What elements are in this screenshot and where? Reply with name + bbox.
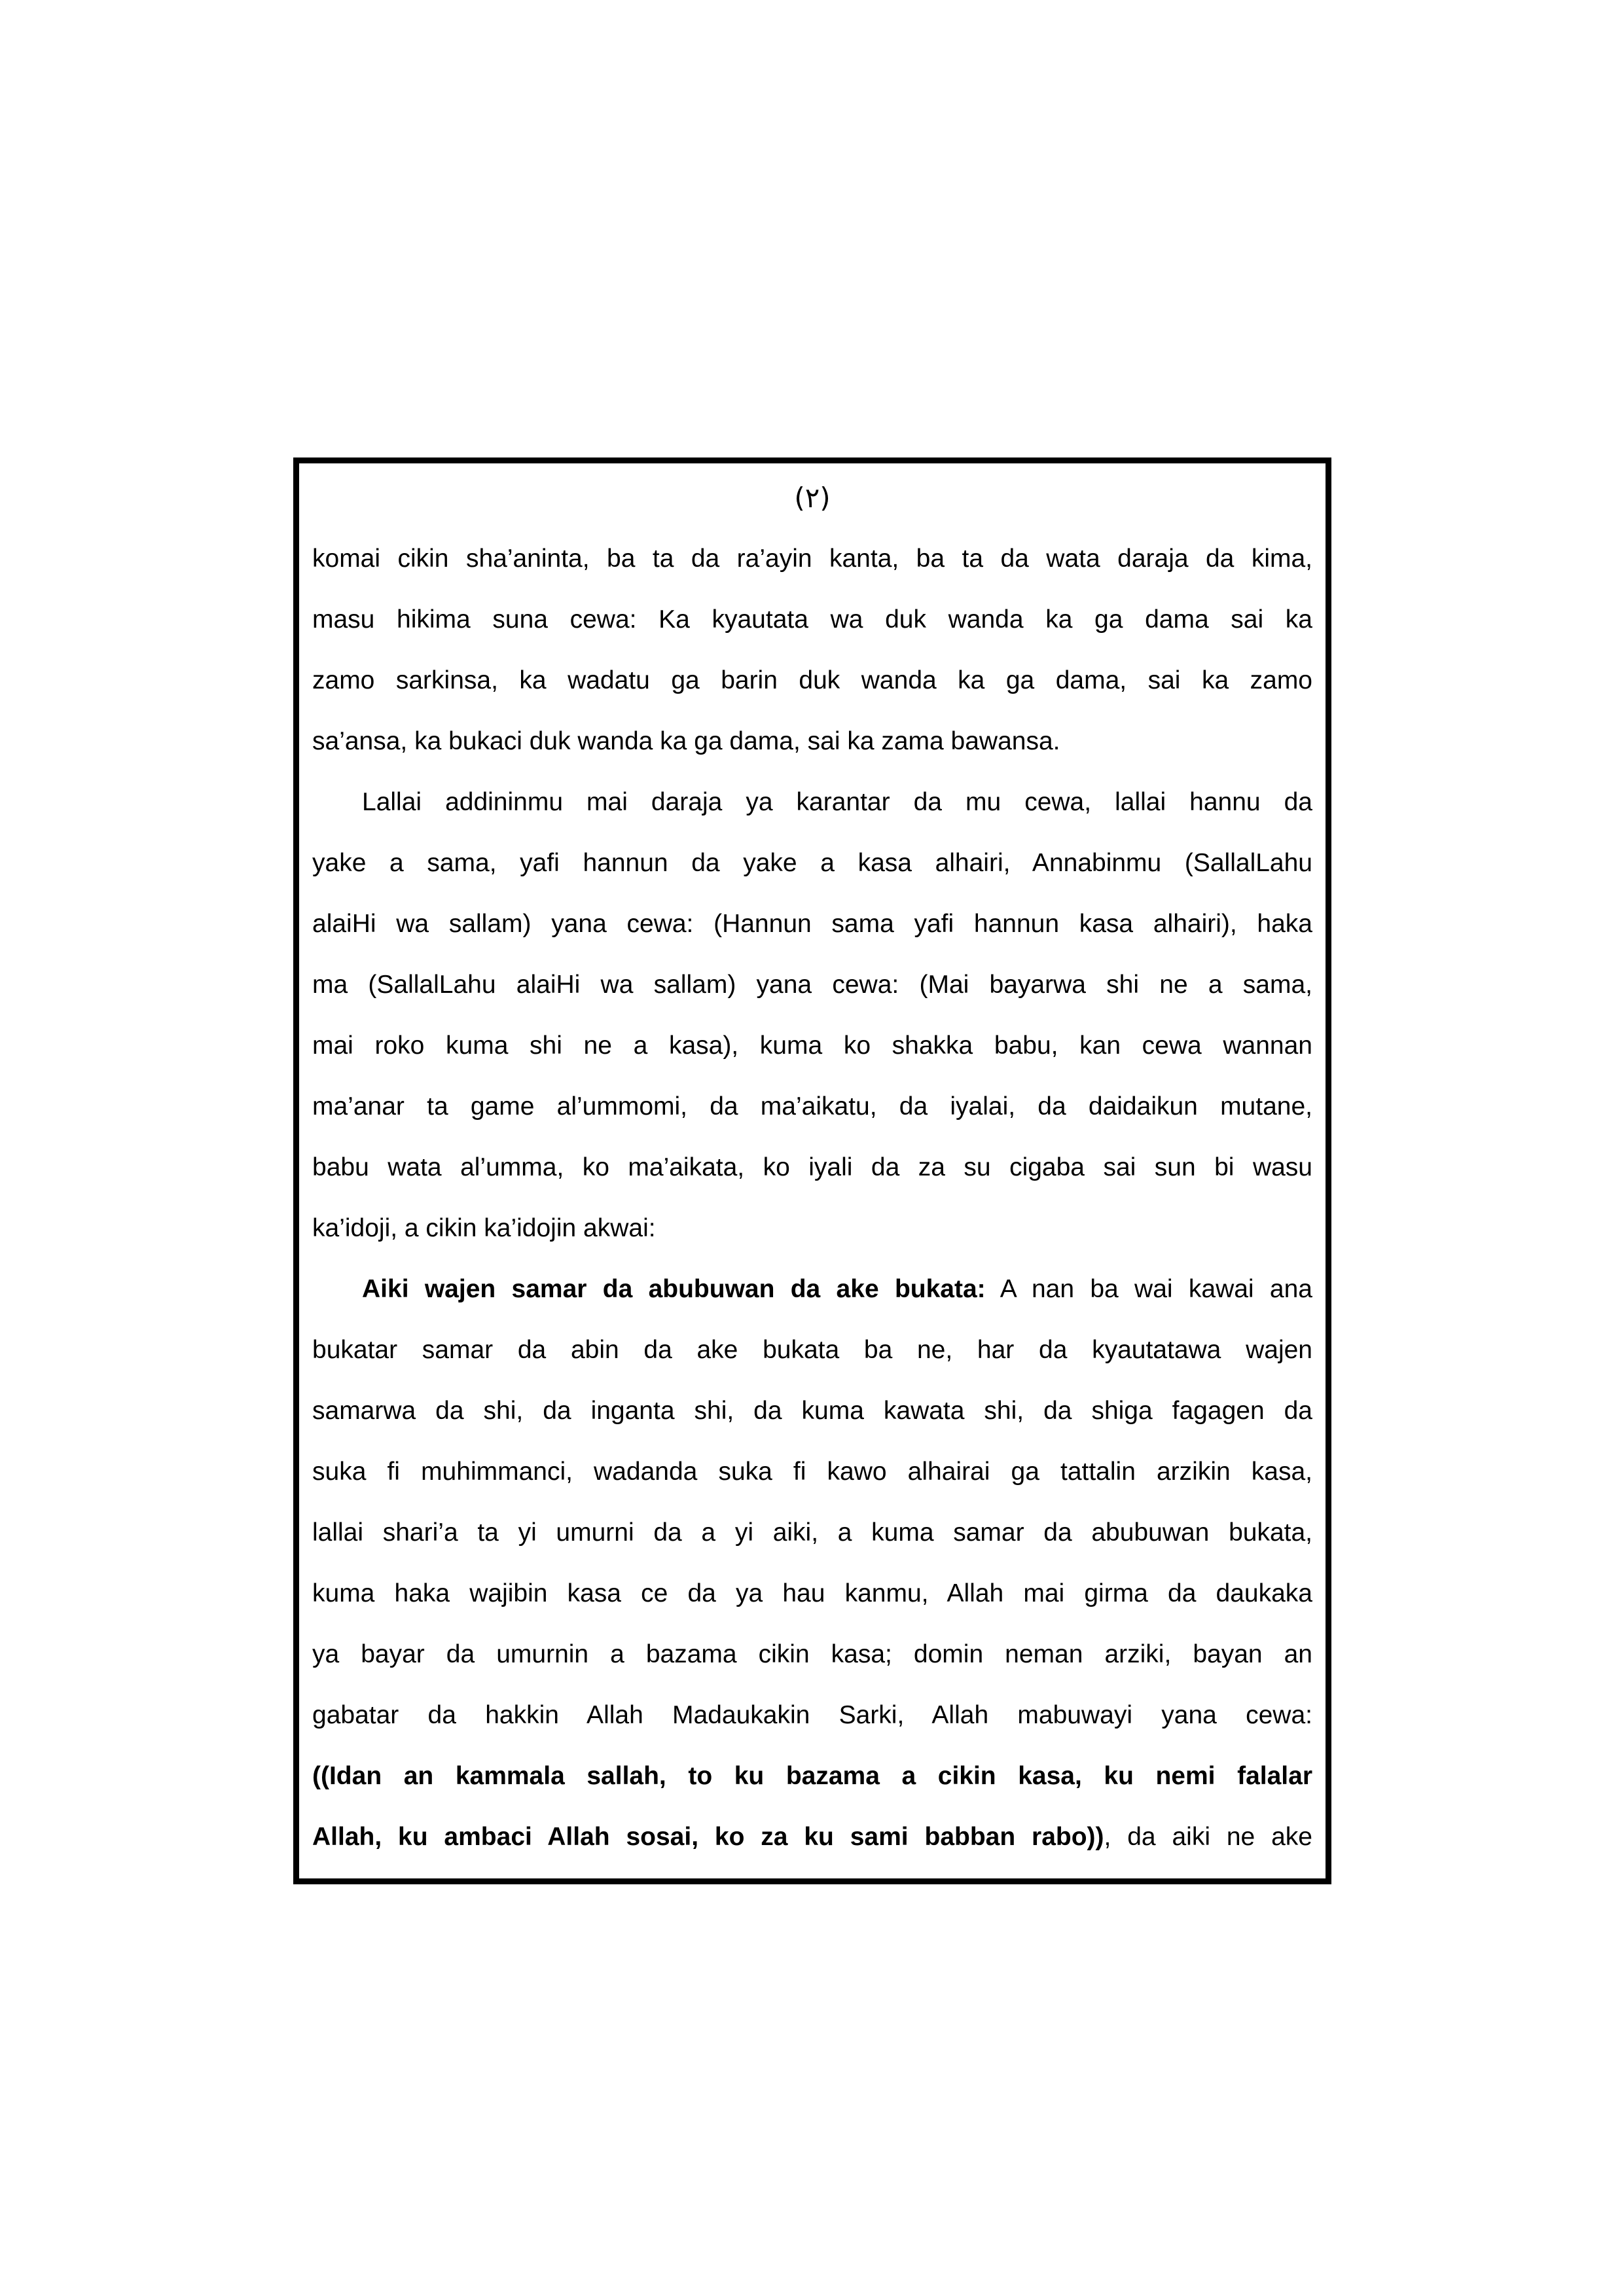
- text-segment: kuma haka wajibin kasa ce da ya hau kanm…: [312, 1579, 1312, 1607]
- text-line: masu hikima suna cewa: Ka kyautata wa du…: [312, 589, 1312, 650]
- text-segment: yake a sama, yafi hannun da yake a kasa …: [312, 849, 1312, 877]
- text-segment: zamo sarkinsa, ka wadatu ga barin duk wa…: [312, 666, 1312, 694]
- text-line: kuma haka wajibin kasa ce da ya hau kanm…: [312, 1563, 1312, 1624]
- text-line: ya bayar da umurnin a bazama cikin kasa;…: [312, 1624, 1312, 1685]
- bold-text-segment: Allah, ku ambaci Allah sosai, ko za ku s…: [312, 1823, 1104, 1851]
- text-line: ma’anar ta game al’ummomi, da ma’aikatu,…: [312, 1076, 1312, 1137]
- text-line: Aiki wajen samar da abubuwan da ake buka…: [312, 1259, 1312, 1319]
- text-segment: , da aiki ne ake: [1104, 1823, 1312, 1851]
- text-line: gabatar da hakkin Allah Madaukakin Sarki…: [312, 1685, 1312, 1746]
- text-segment: A nan ba wai kawai ana: [986, 1275, 1312, 1303]
- text-segment: ma (SallalLahu alaiHi wa sallam) yana ce…: [312, 971, 1312, 999]
- text-segment: babu wata al’umma, ko ma’aikata, ko iyal…: [312, 1153, 1312, 1181]
- text-line: ka’idoji, a cikin ka’idojin akwai:: [312, 1198, 1312, 1259]
- text-segment: alaiHi wa sallam) yana cewa: (Hannun sam…: [312, 910, 1312, 938]
- text-line: lallai shari’a ta yi umurni da a yi aiki…: [312, 1502, 1312, 1563]
- text-line: bukatar samar da abin da ake bukata ba n…: [312, 1319, 1312, 1380]
- text-line: suka fi muhimmanci, wadanda suka fi kawo…: [312, 1441, 1312, 1502]
- text-line: yake a sama, yafi hannun da yake a kasa …: [312, 833, 1312, 893]
- text-segment: sa’ansa, ka bukaci duk wanda ka ga dama,…: [312, 727, 1060, 755]
- page-number: (٢): [312, 467, 1312, 528]
- text-segment: komai cikin sha’aninta, ba ta da ra’ayin…: [312, 545, 1312, 573]
- text-segment: mai roko kuma shi ne a kasa), kuma ko sh…: [312, 1031, 1312, 1060]
- text-line: sa’ansa, ka bukaci duk wanda ka ga dama,…: [312, 711, 1312, 772]
- text-segment: ma’anar ta game al’ummomi, da ma’aikatu,…: [312, 1092, 1312, 1121]
- text-segment: gabatar da hakkin Allah Madaukakin Sarki…: [312, 1701, 1312, 1729]
- text-segment: samarwa da shi, da inganta shi, da kuma …: [312, 1397, 1312, 1425]
- text-line: Allah, ku ambaci Allah sosai, ko za ku s…: [312, 1806, 1312, 1867]
- text-segment: Lallai addininmu mai daraja ya karantar …: [362, 788, 1312, 816]
- text-segment: ya bayar da umurnin a bazama cikin kasa;…: [312, 1640, 1312, 1668]
- text-line: ma (SallalLahu alaiHi wa sallam) yana ce…: [312, 954, 1312, 1015]
- body-text: komai cikin sha’aninta, ba ta da ra’ayin…: [312, 528, 1312, 1867]
- bold-text-segment: ((Idan an kammala sallah, to ku bazama a…: [312, 1762, 1312, 1790]
- text-line: zamo sarkinsa, ka wadatu ga barin duk wa…: [312, 650, 1312, 711]
- text-line: babu wata al’umma, ko ma’aikata, ko iyal…: [312, 1137, 1312, 1198]
- text-segment: suka fi muhimmanci, wadanda suka fi kawo…: [312, 1458, 1312, 1486]
- text-segment: ka’idoji, a cikin ka’idojin akwai:: [312, 1214, 656, 1242]
- frame-content: (٢) komai cikin sha’aninta, ba ta da ra’…: [299, 463, 1326, 1867]
- text-line: Lallai addininmu mai daraja ya karantar …: [312, 772, 1312, 833]
- document-page: (٢) komai cikin sha’aninta, ba ta da ra’…: [0, 0, 1624, 2296]
- text-line: samarwa da shi, da inganta shi, da kuma …: [312, 1380, 1312, 1441]
- text-segment: masu hikima suna cewa: Ka kyautata wa du…: [312, 605, 1312, 634]
- text-line: ((Idan an kammala sallah, to ku bazama a…: [312, 1746, 1312, 1806]
- text-line: mai roko kuma shi ne a kasa), kuma ko sh…: [312, 1015, 1312, 1076]
- text-line: alaiHi wa sallam) yana cewa: (Hannun sam…: [312, 893, 1312, 954]
- text-segment: bukatar samar da abin da ake bukata ba n…: [312, 1336, 1312, 1364]
- bold-text-segment: Aiki wajen samar da abubuwan da ake buka…: [362, 1275, 986, 1303]
- text-line: komai cikin sha’aninta, ba ta da ra’ayin…: [312, 528, 1312, 589]
- text-frame-border: (٢) komai cikin sha’aninta, ba ta da ra’…: [293, 457, 1331, 1884]
- text-segment: lallai shari’a ta yi umurni da a yi aiki…: [312, 1518, 1312, 1547]
